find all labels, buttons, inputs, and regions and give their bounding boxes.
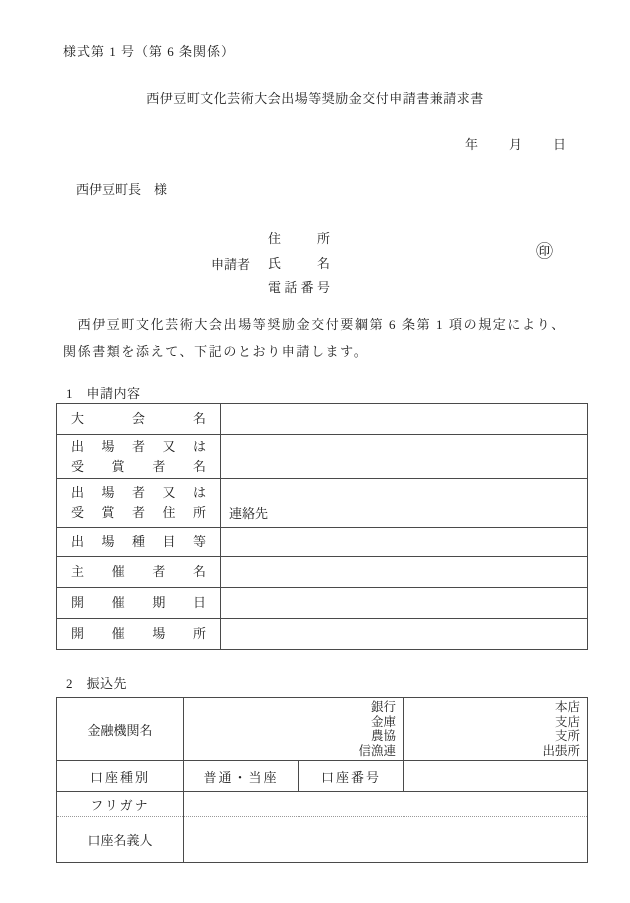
row-financial-institution: 金融機関名 銀行 金庫 農協 信漁連 本店 支店 支所 出張所 — [57, 698, 588, 761]
body-paragraph: 西伊豆町文化芸術大会出場等奨励金交付要綱第 6 条第 1 項の規定により、 関係… — [63, 311, 571, 365]
bank-transfer-table: 金融機関名 銀行 金庫 農協 信漁連 本店 支店 支所 出張所 口座種別 普通・… — [56, 697, 588, 863]
account-holder-field — [184, 817, 588, 863]
event-category-field — [221, 528, 588, 557]
document-title: 西伊豆町文化芸術大会出場等奨励金交付申請書兼請求書 — [0, 88, 630, 107]
account-type-value: 普通・当座 — [184, 761, 299, 792]
participant-address-label-line2: 受賞者住所 — [71, 503, 206, 523]
institution-type-shinkin: 金庫 — [191, 715, 396, 730]
event-category-label: 出場種目等 — [71, 532, 206, 552]
addressee: 西伊豆町長 様 — [76, 179, 167, 198]
date-day-label: 日 — [553, 134, 566, 153]
date-line: 年 月 日 — [465, 134, 566, 153]
participant-address-field: 連絡先 — [221, 479, 588, 528]
organizer-name-field — [221, 557, 588, 588]
account-holder-label: 口座名義人 — [57, 817, 184, 863]
row-event-name: 大会名 — [57, 404, 588, 435]
applicant-phone-label: 電話番号 — [268, 276, 330, 301]
row-participant-address: 出場者又は 受賞者住所 連絡先 — [57, 479, 588, 528]
form-page: 様式第 1 号（第 6 条関係） 西伊豆町文化芸術大会出場等奨励金交付申請書兼請… — [0, 0, 630, 903]
date-year-label: 年 — [465, 134, 478, 153]
furigana-label: フリガナ — [57, 792, 184, 817]
branch-type-honten: 本店 — [411, 700, 580, 715]
institution-type-shingyoren: 信漁連 — [191, 744, 396, 759]
institution-type-nokyo: 農協 — [191, 729, 396, 744]
participant-address-label-line1: 出場者又は — [71, 483, 206, 503]
application-details-table: 大会名 出場者又は 受賞者名 出場者又は 受賞者住所 連絡先 出場種目等 — [56, 403, 588, 650]
event-name-label: 大会名 — [71, 409, 206, 429]
applicant-block: 申請者 住所 氏名 電話番号 — [211, 227, 330, 301]
body-line-1: 西伊豆町文化芸術大会出場等奨励金交付要綱第 6 条第 1 項の規定により、 — [63, 311, 571, 338]
account-number-field — [404, 761, 588, 792]
participant-name-label-line1: 出場者又は — [71, 437, 206, 457]
section1-heading: 1 申請内容 — [66, 383, 141, 402]
seal-mark-icon: ㊞ — [536, 243, 553, 260]
form-number: 様式第 1 号（第 6 条関係） — [63, 41, 235, 60]
row-event-category: 出場種目等 — [57, 528, 588, 557]
row-organizer-name: 主催者名 — [57, 557, 588, 588]
row-furigana: フリガナ — [57, 792, 588, 817]
row-account-holder: 口座名義人 — [57, 817, 588, 863]
applicant-fields: 住所 氏名 電話番号 — [268, 227, 330, 301]
applicant-name-label: 氏名 — [268, 252, 330, 277]
account-number-label: 口座番号 — [299, 761, 404, 792]
applicant-label: 申請者 — [211, 254, 250, 273]
section2-heading: 2 振込先 — [66, 673, 127, 692]
financial-institution-label: 金融機関名 — [57, 698, 184, 761]
date-month-label: 月 — [509, 134, 522, 153]
event-name-field — [221, 404, 588, 435]
organizer-name-label: 主催者名 — [71, 562, 206, 582]
institution-type-bank: 銀行 — [191, 700, 396, 715]
participant-name-label-line2: 受賞者名 — [71, 457, 206, 477]
branch-type-shiten: 支店 — [411, 715, 580, 730]
branch-type-shutchojo: 出張所 — [411, 744, 580, 759]
applicant-address-label: 住所 — [268, 227, 330, 252]
branch-type-cell: 本店 支店 支所 出張所 — [404, 698, 588, 761]
row-event-venue: 開催場所 — [57, 619, 588, 650]
participant-name-field — [221, 435, 588, 479]
event-date-label: 開催期日 — [71, 593, 206, 613]
event-venue-label: 開催場所 — [71, 624, 206, 644]
institution-type-cell: 銀行 金庫 農協 信漁連 — [184, 698, 404, 761]
event-venue-field — [221, 619, 588, 650]
row-account-type: 口座種別 普通・当座 口座番号 — [57, 761, 588, 792]
account-type-label: 口座種別 — [57, 761, 184, 792]
furigana-field — [184, 792, 588, 817]
row-event-date: 開催期日 — [57, 588, 588, 619]
body-line-2: 関係書類を添えて、下記のとおり申請します。 — [63, 338, 571, 365]
row-participant-name: 出場者又は 受賞者名 — [57, 435, 588, 479]
event-date-field — [221, 588, 588, 619]
branch-type-shisho: 支所 — [411, 729, 580, 744]
